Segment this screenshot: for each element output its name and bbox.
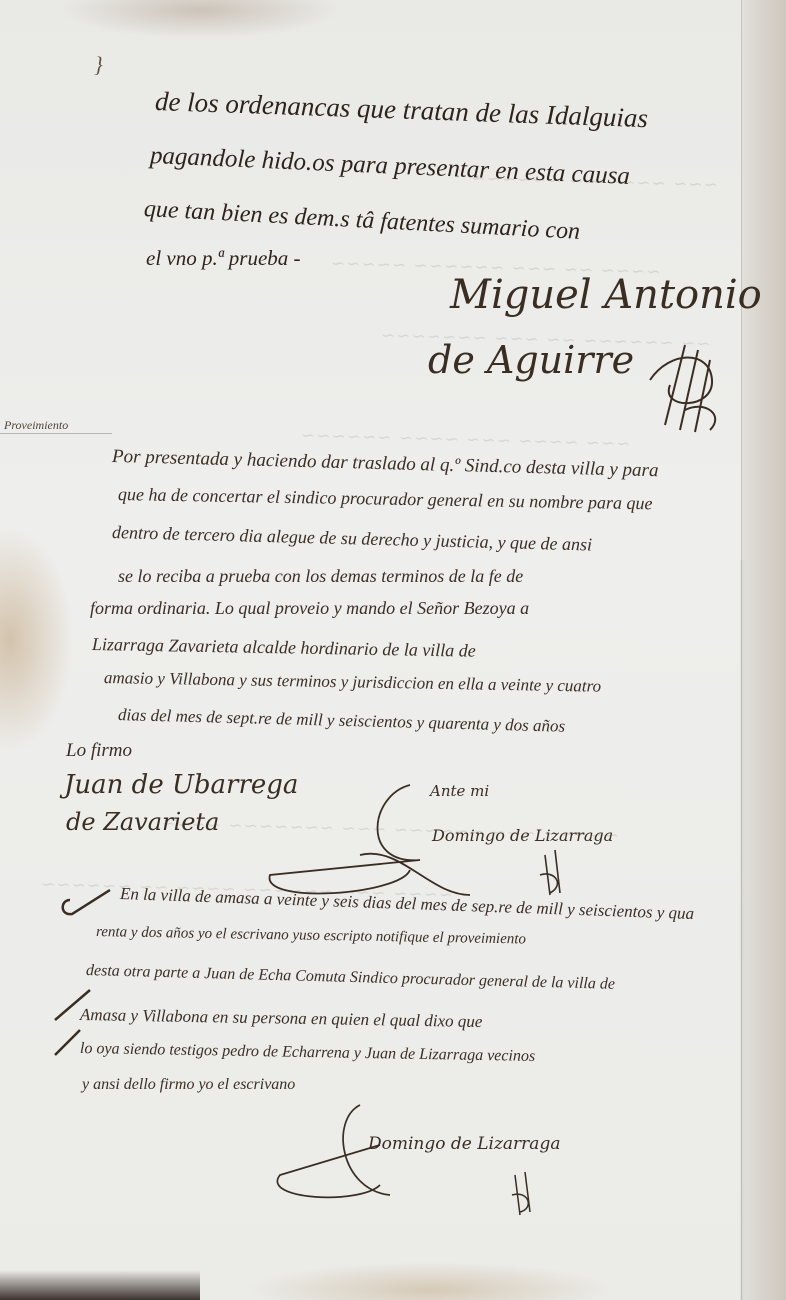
- section-2-line-6: Lizarraga Zavarieta alcalde hordinario d…: [92, 634, 476, 662]
- section-1-line-3: que tan bien es dem.s tâ fatentes sumari…: [143, 196, 580, 246]
- section-1-line-4: el vno p.ª prueba -: [146, 246, 301, 271]
- signature-2-left-line-1: Juan de Ubarrega: [64, 770, 298, 800]
- signature-2-right-line-1: Ante mi: [430, 782, 489, 800]
- paper-fold-shadow: [740, 560, 746, 1300]
- bleed-through-text: ~~~ ~~~~ ~~~ ~~~~ ~~~~~~: [300, 426, 631, 455]
- section-2-line-7: amasio y Villabona y sus terminos y juri…: [104, 668, 601, 697]
- section-3-line-4: Amasa y Villabona en su persona en quien…: [80, 1005, 483, 1032]
- section-2-line-3: dentro de tercero dia alegue de su derec…: [112, 522, 593, 556]
- signature-2-right-line-2: Domingo de Lizarraga: [432, 826, 613, 845]
- paper-right-edge: [741, 0, 786, 1300]
- section-2-line-8: dias del mes de sept.re de mill y seisci…: [118, 705, 566, 737]
- section-3-line-2: renta y dos años yo el escrivano yuso es…: [96, 924, 526, 949]
- section-2-line-2: que ha de concertar el sindico procurado…: [118, 484, 653, 514]
- rubric-flourish-icon: [640, 340, 730, 440]
- section-3-line-3: desta otra parte a Juan de Echa Comuta S…: [86, 962, 615, 994]
- section-3-line-6: y ansi dello firmo yo el escrivano: [82, 1076, 295, 1094]
- section-1-line-2: pagandole hido.os para presentar en esta…: [149, 142, 630, 191]
- manuscript-page: ~~~ ~~~~ ~~ ~~~~~~ ~~~~ ~~ ~~~ ~~~~~~ ~~…: [0, 0, 786, 1300]
- signature-1-line-2: de Aguirre: [428, 338, 634, 382]
- signature-3-line-1: Domingo de Lizarraga: [368, 1134, 560, 1154]
- section-2-line-4: se lo reciba a prueba con los demas term…: [118, 566, 523, 587]
- firmo-note: Lo firmo: [66, 740, 132, 762]
- page-corner-shadow: [0, 1270, 200, 1300]
- signature-2-left-line-2: de Zavarieta: [66, 808, 219, 836]
- section-3-line-5: lo oya siendo testigos pedro de Echarren…: [80, 1040, 535, 1066]
- margin-note: Proveimiento: [0, 418, 112, 434]
- signature-1-line-1: Miguel Antonio: [450, 272, 762, 318]
- section-1-line-1: de los ordenancas que tratan de las Idal…: [154, 86, 648, 134]
- signature-3-flourish-icon: [250, 1100, 550, 1210]
- section-2-line-5: forma ordinaria. Lo qual proveio y mando…: [90, 598, 529, 619]
- top-mark: }: [94, 52, 103, 78]
